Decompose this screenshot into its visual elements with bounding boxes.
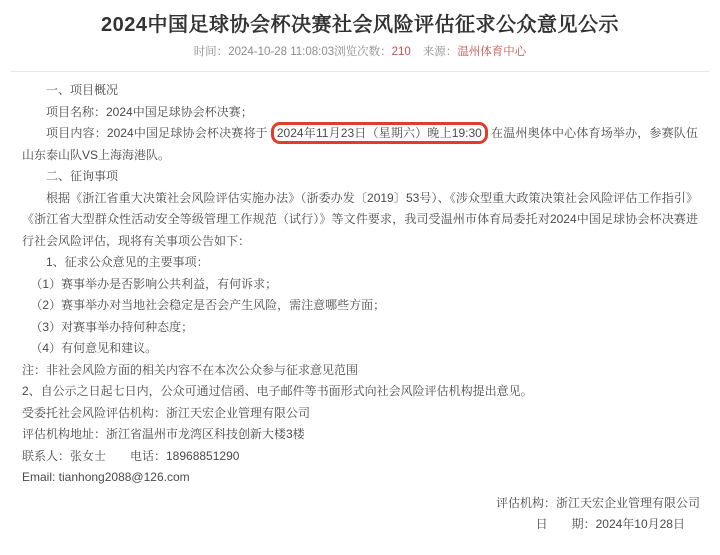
text-run: 联系人：张女士 电话：18968851290 (22, 449, 239, 463)
announcement-page: 2024中国足球协会杯决赛社会风险评估征求公众意见公示 时间：2024-10-2… (0, 0, 720, 555)
address-line: 评估机构地址：浙江省温州市龙湾区科技创新大楼3楼 (22, 424, 698, 446)
meta-views-label: 浏览次数： (334, 46, 392, 58)
text-run: 1、征求公众意见的主要事项： (46, 255, 209, 269)
signature-date-line: 日 期：2024年10月28日 (0, 514, 700, 536)
meta-views-value: 210 (392, 46, 411, 58)
signature-block: 评估机构：浙江天宏企业管理有限公司 日 期：2024年10月28日 (0, 493, 720, 536)
text-run: 项目内容：2024中国足球协会杯决赛将于 (46, 126, 268, 140)
section-1-heading: 一、项目概况 (22, 80, 698, 102)
page-title: 2024中国足球协会杯决赛社会风险评估征求公众意见公示 (0, 13, 720, 37)
text-run: Email: tianhong2088@126.com (22, 470, 190, 484)
note-line: 注：非社会风险方面的相关内容不在本次公众参与征求意见范围 (22, 360, 698, 382)
article-body: 一、项目概况项目名称：2024中国足球协会杯决赛；项目内容：2024中国足球协会… (0, 72, 720, 489)
email-line: Email: tianhong2088@126.com (22, 467, 698, 489)
contact-line: 联系人：张女士 电话：18968851290 (22, 446, 698, 468)
text-run: 注：非社会风险方面的相关内容不在本次公众参与征求意见范围 (22, 363, 358, 377)
meta-source-label: 来源： (423, 46, 458, 58)
sub-item-2: （2）赛事举办对当地社会稳定是否会产生风险，需注意哪些方面； (22, 295, 698, 317)
meta-time-value: 2024-10-28 11:08:03 (228, 46, 334, 58)
meta-source-value: 温州体育中心 (457, 46, 526, 58)
article-header: 2024中国足球协会杯决赛社会风险评估征求公众意见公示 时间：2024-10-2… (0, 0, 720, 59)
project-name-line: 项目名称：2024中国足球协会杯决赛； (22, 102, 698, 124)
project-content-line: 项目内容：2024中国足球协会杯决赛将于2024年11月23日（星期六）晚上19… (22, 123, 698, 166)
signature-agency-line: 评估机构：浙江天宏企业管理有限公司 (0, 493, 700, 515)
text-run: （2）赛事举办对当地社会稳定是否会产生风险，需注意哪些方面； (30, 298, 385, 312)
sub-item-1: （1）赛事举办是否影响公共利益，有何诉求； (22, 274, 698, 296)
text-run: （3）对赛事举办持何种态度； (30, 320, 193, 334)
agency-line: 受委托社会风险评估机构：浙江天宏企业管理有限公司 (22, 403, 698, 425)
text-run: 二、征询事项 (46, 169, 118, 183)
text-run: （4）有何意见和建议。 (30, 341, 157, 355)
text-run: 2、自公示之日起七日内，公众可通过信函、电子邮件等书面形式向社会风险评估机构提出… (22, 384, 533, 398)
text-run: （1）赛事举办是否影响公共利益，有何诉求； (30, 277, 277, 291)
text-run: 一、项目概况 (46, 83, 118, 97)
text-run: 根据《浙江省重大决策社会风险评估实施办法》（浙委办发〔2019〕53号）、《涉众… (22, 191, 698, 248)
sub-item-3: （3）对赛事举办持何种态度； (22, 317, 698, 339)
basis-paragraph: 根据《浙江省重大决策社会风险评估实施办法》（浙委办发〔2019〕53号）、《涉众… (22, 188, 698, 253)
item-2-line: 2、自公示之日起七日内，公众可通过信函、电子邮件等书面形式向社会风险评估机构提出… (22, 381, 698, 403)
article-meta: 时间：2024-10-28 11:08:03浏览次数：210来源：温州体育中心 (0, 45, 720, 59)
item-1-heading: 1、征求公众意见的主要事项： (22, 252, 698, 274)
section-2-heading: 二、征询事项 (22, 166, 698, 188)
text-run: 受委托社会风险评估机构：浙江天宏企业管理有限公司 (22, 406, 310, 420)
sub-item-4: （4）有何意见和建议。 (22, 338, 698, 360)
text-run: 项目名称：2024中国足球协会杯决赛； (46, 105, 253, 119)
text-run: 评估机构地址：浙江省温州市龙湾区科技创新大楼3楼 (22, 427, 305, 441)
meta-time-label: 时间： (194, 46, 229, 58)
date-highlight-box: 2024年11月23日（星期六）晚上19:30 (271, 122, 488, 144)
